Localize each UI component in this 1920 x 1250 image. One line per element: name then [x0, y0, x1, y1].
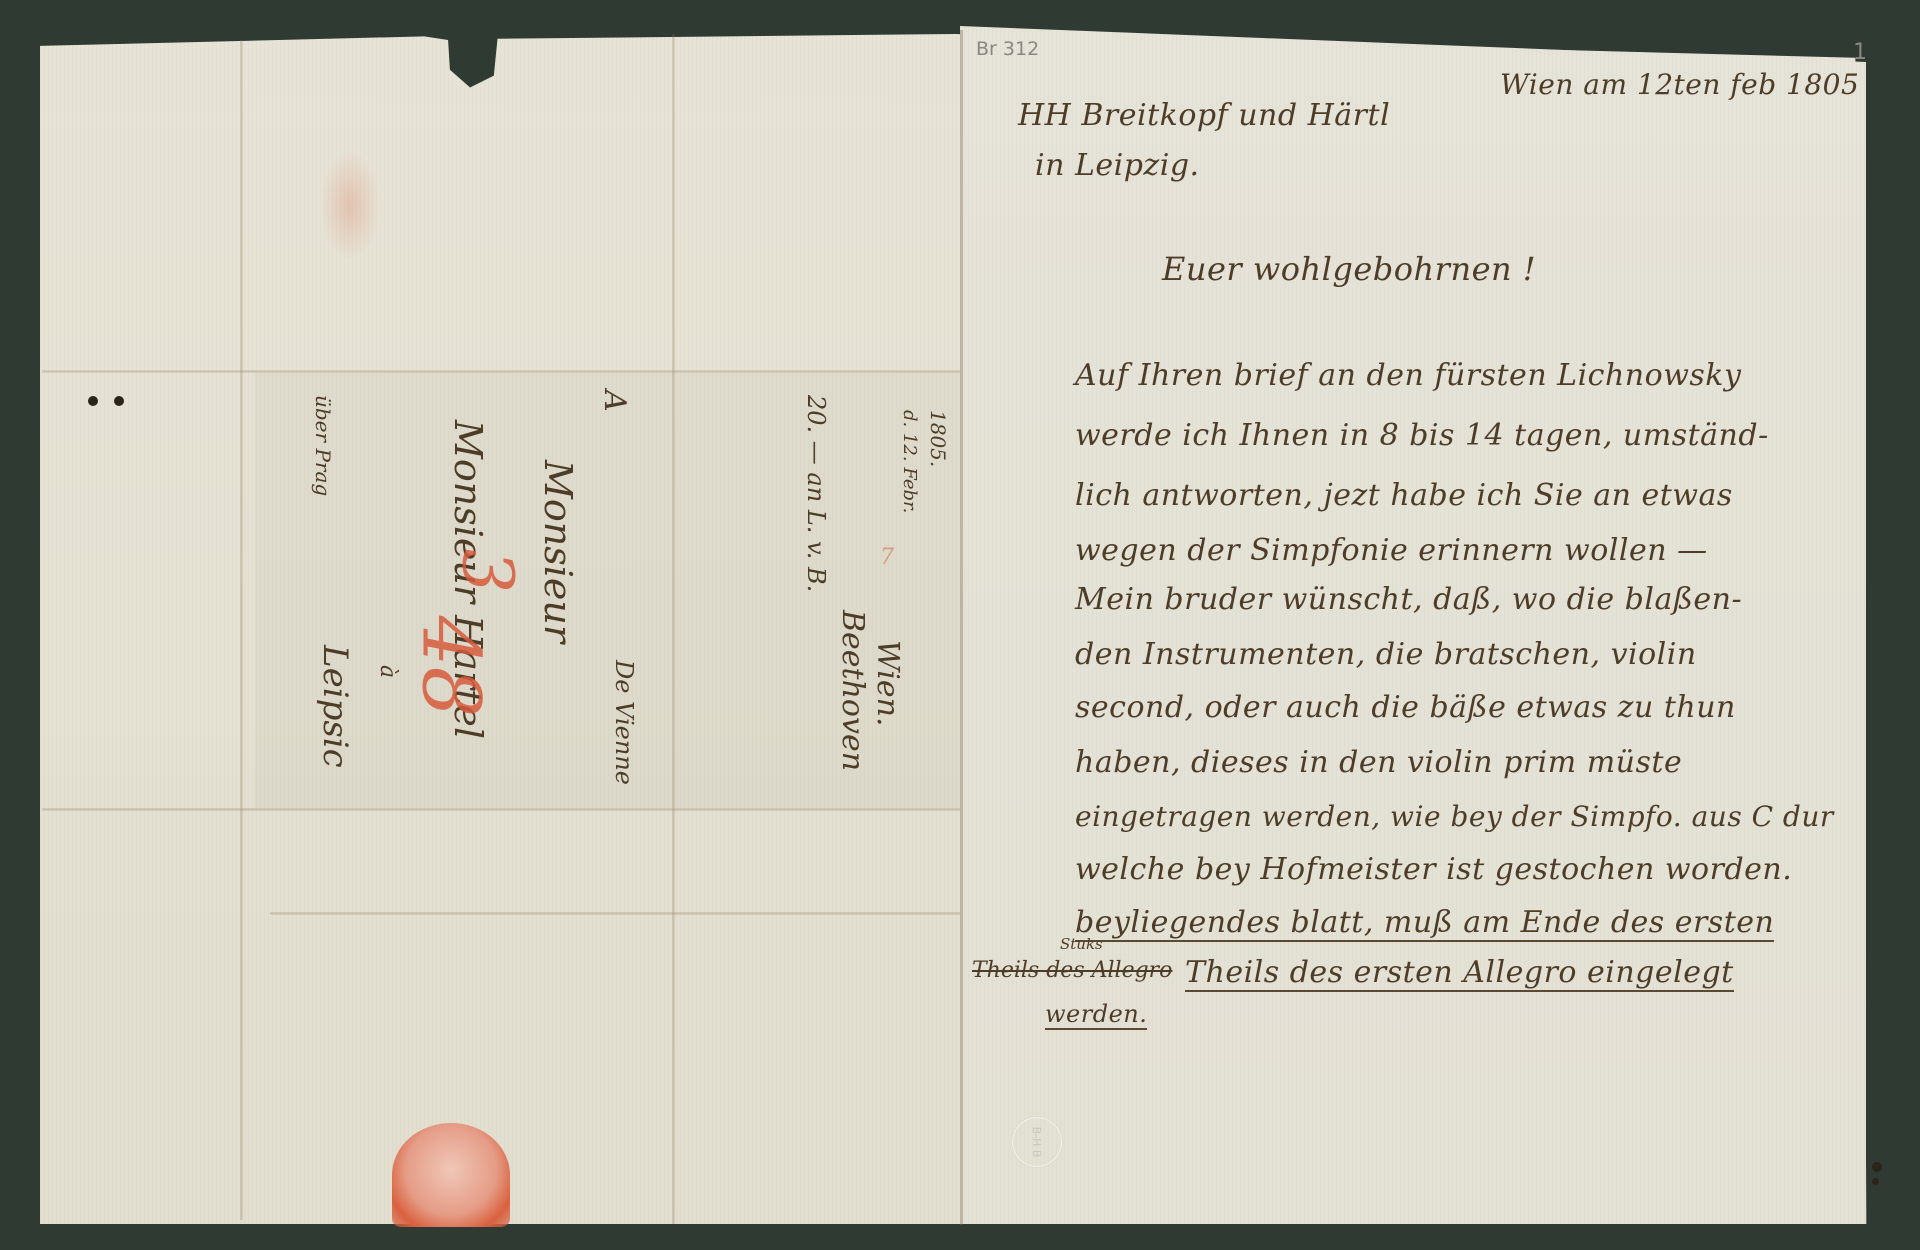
body-line: werde ich Ihnen in 8 bis 14 tagen, umstä…	[1075, 418, 1769, 453]
docket-sender: Beethoven	[835, 610, 870, 771]
addressee-line-2: in Leipzig.	[1035, 148, 1200, 183]
hole	[88, 396, 98, 406]
place-date: Wien am 12ten feb 1805	[1500, 68, 1859, 101]
body-line-underlined: beyliegendes blatt, muß am Ende des erst…	[1075, 905, 1774, 942]
docket-reply: 20. — an L. v. B.	[802, 395, 830, 592]
postal-mark-3: 3	[446, 549, 528, 594]
hole	[1872, 1162, 1882, 1172]
docket-place: Wien.	[870, 640, 905, 727]
shelfmark: Br 312	[976, 38, 1039, 60]
wax-seal	[392, 1123, 510, 1227]
folio-number: 1	[1853, 40, 1867, 65]
body-line: wegen der Simpfonie erinnern wollen —	[1075, 533, 1708, 568]
hole	[1872, 1178, 1879, 1185]
body-line: eingetragen werden, wie bey der Simpfo. …	[1075, 800, 1834, 833]
address-routing: über Prag	[311, 395, 335, 496]
addressee-name-1: Monsieur	[536, 460, 580, 643]
body-line: haben, dieses in den violin prim müste	[1075, 745, 1682, 780]
body-line-underlined: werden.	[1045, 1000, 1147, 1030]
fold-line-center	[960, 30, 963, 1225]
body-line: welche bey Hofmeister ist gestochen word…	[1075, 852, 1792, 887]
body-line: Auf Ihren brief an den fürsten Lichnowsk…	[1075, 358, 1741, 393]
docket-date: d. 12. Febr.	[899, 410, 920, 513]
address-prefix: A	[597, 390, 632, 412]
body-line: lich antworten, jezt habe ich Sie an etw…	[1075, 478, 1733, 513]
fold-line	[270, 912, 960, 915]
addressee-line-1: HH Breitkopf und Härtl	[1018, 98, 1390, 133]
body-line: den Instrumenten, die bratschen, violin	[1075, 637, 1697, 672]
address-origin: De Vienne	[610, 660, 638, 785]
body-line: Mein bruder wünscht, daß, wo die blaßen-	[1075, 582, 1742, 617]
postal-mark-48: 48	[404, 616, 497, 718]
body-line: second, oder auch die bäße etwas zu thun	[1075, 690, 1736, 725]
address-city: Leipsic	[315, 645, 355, 768]
postal-mark-7: 7	[880, 545, 894, 570]
margin-insertion: Stuks	[1060, 935, 1103, 953]
margin-struck-text: Theils des Allegro	[972, 958, 1172, 983]
embossed-stamp: B-H B	[1012, 1117, 1062, 1167]
fold-line	[240, 40, 243, 1220]
fold-line	[42, 808, 960, 811]
body-line-underlined: Theils des ersten Allegro eingelegt	[1185, 955, 1734, 992]
hole	[114, 396, 124, 406]
salutation: Euer wohlgebohrnen !	[1162, 250, 1536, 288]
docket-year: 1805.	[926, 410, 950, 467]
letter-sheet-right	[960, 26, 1866, 1224]
address-a: à	[375, 665, 400, 678]
red-smudge	[320, 150, 380, 260]
